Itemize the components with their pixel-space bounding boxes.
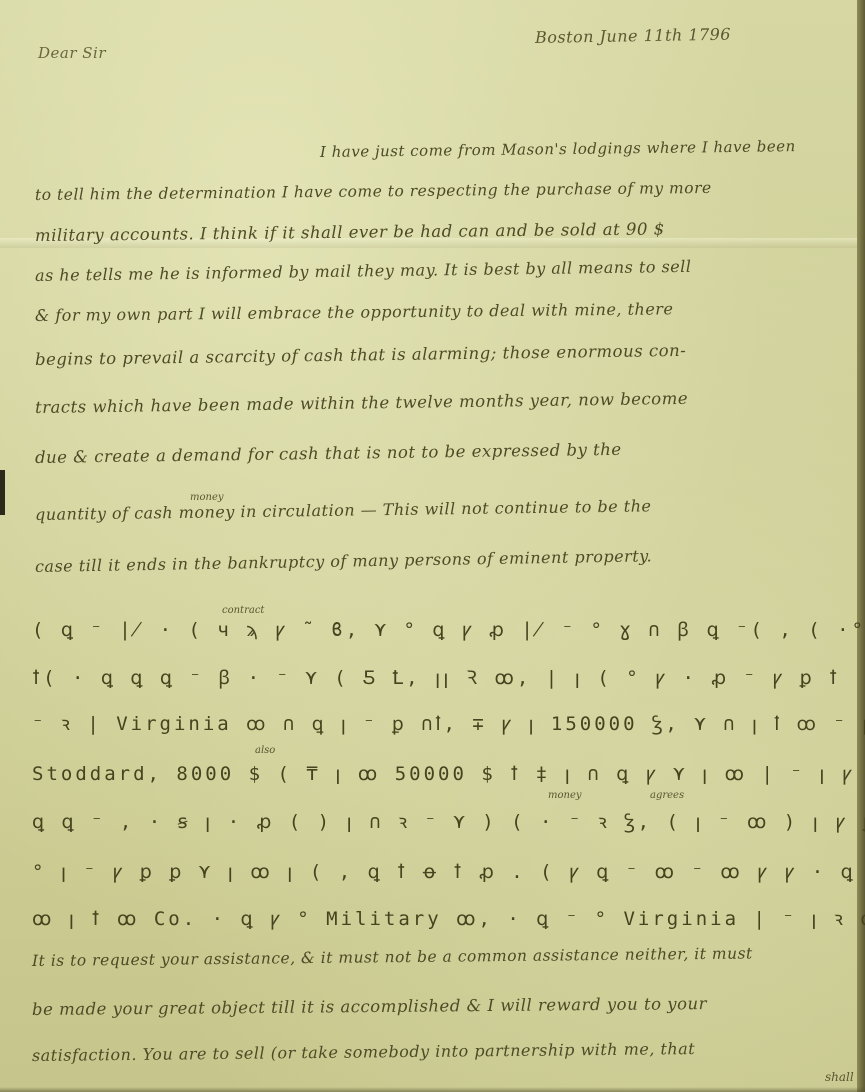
letter-line-2: to tell him the determination I have com… [35,179,712,204]
cipher-line-7: ꝏ ꞁ ꝉ ꝏ Co. · ꝗ ꝩ ° Military ꝏ, · ꝗ ⁻ ° … [32,905,865,931]
closing-line-3: satisfaction. You are to sell (or take s… [32,1039,695,1065]
letter-line-5: & for my own part I will embrace the opp… [35,299,674,325]
letter-line-8: due & create a demand for cash that is n… [35,440,622,467]
letter-line-7: tracts which have been made within the t… [35,389,688,417]
letter-line-10: case till it ends in the bankruptcy of m… [35,546,653,576]
interlinear-agrees: agrees [650,790,684,801]
letter-line-4: as he tells me he is informed by mail th… [35,257,692,285]
interlinear-money-2: money [548,790,582,801]
interlinear-also: also [255,745,275,756]
closing-line-1: It is to request your assistance, & it m… [32,944,753,970]
cipher-line-4: Stoddard, 8000 $ ( ₸ ꞁ ꝏ 50000 $ ꝉ ‡ ꞁ ∩… [32,760,865,786]
letter-page: Boston June 11th 1796 Dear Sir I have ju… [0,0,865,1092]
cipher-line-5: ꝗ ꝗ ⁻ , · ꞩ ꞁ · ꝓ ( ) ꞁ ∩ ꝛ ⁻ ⋎ ) ( · ⁻ … [32,808,865,834]
interlinear-contract: contract [222,605,264,616]
letter-salutation: Dear Sir [38,44,106,62]
letter-line-9: quantity of cash money in circulation — … [35,496,652,524]
cipher-line-6: ° ꞁ ⁻ ꝩ ꝑ ꝑ ⋎ ꞁ ꝏ ꞁ ( , ꝗ ꝉ ꝋ ꝉ ꝓ . ( ꝩ … [32,858,865,884]
closing-line-2: be made your great object till it is acc… [32,994,707,1019]
letter-dateline: Boston June 11th 1796 [535,25,731,47]
letter-line-1: I have just come from Mason's lodgings w… [320,137,796,161]
cipher-line-3: ⁻ ꝛ | Virginia ꝏ ∩ ꝗ ꞁ ⁻ ꝑ ∩ꝉ, ∓ ꝩ ꞁ 150… [32,710,865,736]
letter-line-6: begins to prevail a scarcity of cash tha… [35,341,687,369]
interlinear-money: money [190,492,224,503]
cipher-line-2: ꝉ( · ꝗ ꝗ ꝗ ⁻ ꞵ · ⁻ ⋎ ( Ƽ Ꝉ, ꞁꞁ Ꝛ ꝏ, | ꞁ … [32,664,840,690]
catchword: shall [825,1070,854,1084]
frame-notch-left [0,470,5,515]
cipher-line-1: ( ꝗ ⁻ ∤ · ( ч ϡ ꝩ ˜ ϐ, ⋎ ° ꝗ ꝩ ꝓ ∤ ⁻ ° ɣ… [32,616,865,642]
frame-edge-bottom [0,1087,865,1092]
